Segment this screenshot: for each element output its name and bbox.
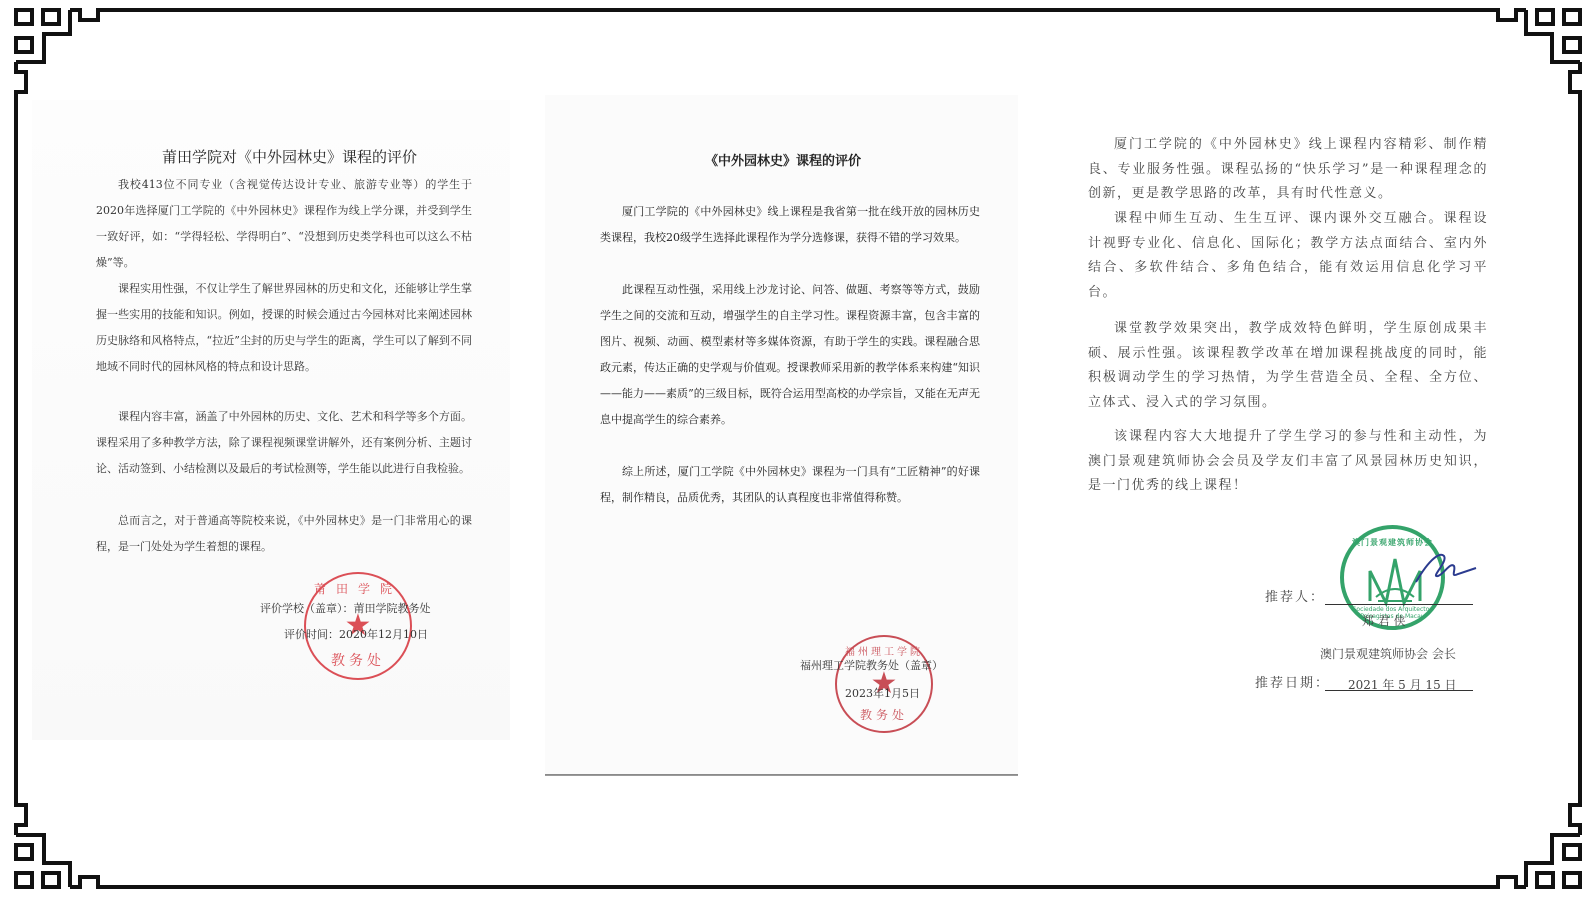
paragraph: 厦门工学院的《中外园林史》线上课程是我省第一批在线开放的园林历史类课程，我校20… bbox=[600, 199, 980, 251]
paragraph: 课程实用性强，不仅让学生了解世界园林的历史和文化，还能够让学生掌握一些实用的技能… bbox=[96, 276, 472, 380]
paragraph: 综上所述，厦门工学院《中外园林史》课程为一门具有“工匠精神”的好课程，制作精良，… bbox=[600, 459, 980, 511]
document-putian-evaluation: 莆田学院对《中外园林史》课程的评价 我校413位不同专业（含视觉传达设计专业、旅… bbox=[32, 100, 510, 740]
signature-line bbox=[1325, 604, 1473, 605]
recommend-date-label: 推荐日期： bbox=[1255, 672, 1330, 691]
paragraph: 该课程内容大大地提升了学生学习的参与性和主动性，为澳门景观建筑师协会会员及学友们… bbox=[1088, 425, 1488, 499]
paragraph: 我校413位不同专业（含视觉传达设计专业、旅游专业等）的学生于2020年选择厦门… bbox=[96, 172, 472, 276]
handwritten-signature-icon bbox=[1410, 548, 1480, 588]
paragraph: 课程中师生互动、生生互评、课内课外交互融合。课程设计视野专业化、信息化、国际化；… bbox=[1088, 207, 1488, 305]
paragraph: 厦门工学院的《中外园林史》线上课程内容精彩、制作精良、专业服务性强。课程弘扬的“… bbox=[1088, 133, 1488, 207]
date-underline bbox=[1325, 690, 1473, 691]
document-fuzhou-evaluation: 《中外园林史》课程的评价 厦门工学院的《中外园林史》线上课程是我省第一批在线开放… bbox=[545, 95, 1018, 775]
paragraph: 此课程互动性强，采用线上沙龙讨论、问答、做题、考察等等方式，鼓励学生之间的交流和… bbox=[600, 277, 980, 433]
document-title: 《中外园林史》课程的评价 bbox=[705, 150, 861, 169]
evaluating-school-label: 评价学校（盖章）：莆田学院教务处 bbox=[260, 600, 431, 616]
evaluation-date: 评价时间：2020年12月10日 bbox=[284, 626, 428, 642]
issuing-office-label: 福州理工学院教务处（盖章） bbox=[800, 657, 943, 673]
red-seal-stamp: 福州理工学院 ★ 教务处 bbox=[835, 635, 933, 733]
stamp-top-text: 莆田学院 bbox=[306, 580, 410, 597]
stamp-top-text: 福州理工学院 bbox=[837, 643, 931, 658]
stamp-bottom-text: 教务处 bbox=[837, 706, 931, 723]
recommender-title: 澳门景观建筑师协会 会长 bbox=[1320, 645, 1456, 662]
recommender-name: 郑 君 侠 bbox=[1362, 612, 1406, 629]
paragraph: 总而言之，对于普通高等院校来说，《中外园林史》是一门非常用心的课程，是一门处处为… bbox=[96, 508, 472, 560]
issue-date: 2023年1月5日 bbox=[845, 685, 920, 701]
recommender-label: 推荐人： bbox=[1265, 586, 1325, 605]
document-title: 莆田学院对《中外园林史》课程的评价 bbox=[162, 146, 417, 167]
stamp-bottom-text: 教务处 bbox=[306, 650, 410, 670]
seal-top-text: 澳门景观建筑师协会 bbox=[1344, 537, 1441, 548]
paragraph: 课堂教学效果突出，教学成效特色鲜明，学生原创成果丰硕、展示性强。该课程教学改革在… bbox=[1088, 317, 1488, 415]
paragraph: 课程内容丰富，涵盖了中外园林的历史、文化、艺术和科学等多个方面。课程采用了多种教… bbox=[96, 404, 472, 482]
